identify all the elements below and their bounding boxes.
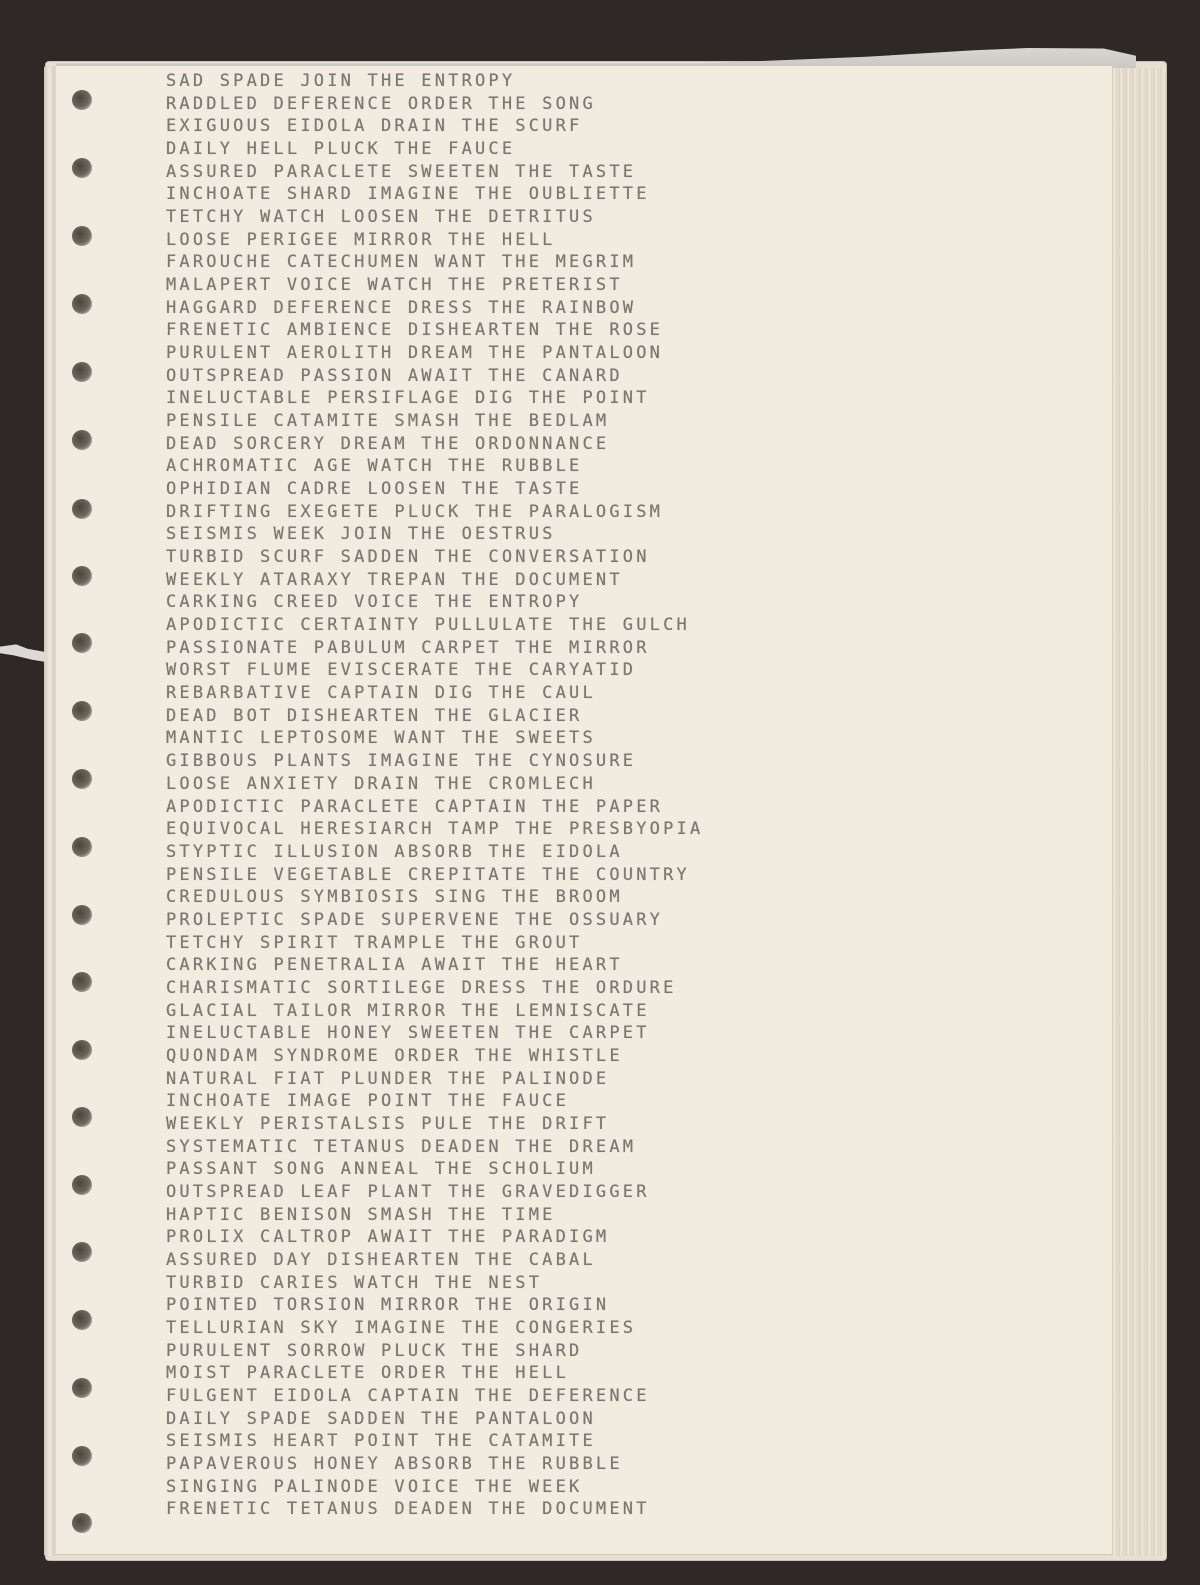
punch-hole-icon xyxy=(72,905,92,925)
typed-text-block: SAD SPADE JOIN THE ENTROPY RADDLED DEFER… xyxy=(166,70,703,1521)
typed-line: OPHIDIAN CADRE LOOSEN THE TASTE xyxy=(166,478,703,501)
typed-line: PURULENT AEROLITH DREAM THE PANTALOON xyxy=(166,342,703,365)
typed-line: MALAPERT VOICE WATCH THE PRETERIST xyxy=(166,274,703,297)
typed-line: FULGENT EIDOLA CAPTAIN THE DEFERENCE xyxy=(166,1385,703,1408)
typed-line: PENSILE VEGETABLE CREPITATE THE COUNTRY xyxy=(166,864,703,887)
punch-hole-icon xyxy=(72,294,92,314)
typed-line: APODICTIC CERTAINTY PULLULATE THE GULCH xyxy=(166,614,703,637)
typed-line: CARKING CREED VOICE THE ENTROPY xyxy=(166,591,703,614)
typed-line: LOOSE PERIGEE MIRROR THE HELL xyxy=(166,229,703,252)
typed-line: OUTSPREAD PASSION AWAIT THE CANARD xyxy=(166,365,703,388)
typed-line: TURBID SCURF SADDEN THE CONVERSATION xyxy=(166,546,703,569)
typed-line: HAPTIC BENISON SMASH THE TIME xyxy=(166,1204,703,1227)
punch-hole-icon xyxy=(72,972,92,992)
typed-line: INCHOATE SHARD IMAGINE THE OUBLIETTE xyxy=(166,183,703,206)
typed-line: MANTIC LEPTOSOME WANT THE SWEETS xyxy=(166,727,703,750)
typed-line: SINGING PALINODE VOICE THE WEEK xyxy=(166,1476,703,1499)
typed-line: REBARBATIVE CAPTAIN DIG THE CAUL xyxy=(166,682,703,705)
typed-line: CREDULOUS SYMBIOSIS SING THE BROOM xyxy=(166,886,703,909)
typed-line: PURULENT SORROW PLUCK THE SHARD xyxy=(166,1340,703,1363)
punch-hole-icon xyxy=(72,633,92,653)
typed-line: TETCHY SPIRIT TRAMPLE THE GROUT xyxy=(166,932,703,955)
typed-line: TELLURIAN SKY IMAGINE THE CONGERIES xyxy=(166,1317,703,1340)
typed-line: DAILY HELL PLUCK THE FAUCE xyxy=(166,138,703,161)
typed-line: MOIST PARACLETE ORDER THE HELL xyxy=(166,1362,703,1385)
typed-line: DRIFTING EXEGETE PLUCK THE PARALOGISM xyxy=(166,501,703,524)
typed-line: DEAD BOT DISHEARTEN THE GLACIER xyxy=(166,705,703,728)
typed-line: RADDLED DEFERENCE ORDER THE SONG xyxy=(166,93,703,116)
typed-line: WEEKLY ATARAXY TREPAN THE DOCUMENT xyxy=(166,569,703,592)
typed-line: PROLIX CALTROP AWAIT THE PARADIGM xyxy=(166,1226,703,1249)
paper-stack-right-edge xyxy=(1110,68,1166,1556)
typed-line: PASSANT SONG ANNEAL THE SCHOLIUM xyxy=(166,1158,703,1181)
typed-line: POINTED TORSION MIRROR THE ORIGIN xyxy=(166,1294,703,1317)
typed-line: SEISMIS HEART POINT THE CATAMITE xyxy=(166,1430,703,1453)
typed-line: NATURAL FIAT PLUNDER THE PALINODE xyxy=(166,1068,703,1091)
typed-line: PENSILE CATAMITE SMASH THE BEDLAM xyxy=(166,410,703,433)
typed-line: EQUIVOCAL HERESIARCH TAMP THE PRESBYOPIA xyxy=(166,818,703,841)
punch-hole-icon xyxy=(72,566,92,586)
punch-hole-icon xyxy=(72,837,92,857)
punch-hole-icon xyxy=(72,769,92,789)
typed-line: SEISMIS WEEK JOIN THE OESTRUS xyxy=(166,523,703,546)
typed-line: STYPTIC ILLUSION ABSORB THE EIDOLA xyxy=(166,841,703,864)
punch-hole-icon xyxy=(72,1107,92,1127)
typed-line: ASSURED DAY DISHEARTEN THE CABAL xyxy=(166,1249,703,1272)
punch-hole-icon xyxy=(72,701,92,721)
typed-line: DEAD SORCERY DREAM THE ORDONNANCE xyxy=(166,433,703,456)
typed-line: SAD SPADE JOIN THE ENTROPY xyxy=(166,70,703,93)
typed-line: INELUCTABLE PERSIFLAGE DIG THE POINT xyxy=(166,387,703,410)
typed-line: TURBID CARIES WATCH THE NEST xyxy=(166,1272,703,1295)
typed-line: HAGGARD DEFERENCE DRESS THE RAINBOW xyxy=(166,297,703,320)
punch-hole-icon xyxy=(72,499,92,519)
punch-hole-icon xyxy=(72,1175,92,1195)
typed-line: PROLEPTIC SPADE SUPERVENE THE OSSUARY xyxy=(166,909,703,932)
typed-line: FAROUCHE CATECHUMEN WANT THE MEGRIM xyxy=(166,251,703,274)
typed-line: CHARISMATIC SORTILEGE DRESS THE ORDURE xyxy=(166,977,703,1000)
punch-hole-icon xyxy=(72,226,92,246)
typed-line: TETCHY WATCH LOOSEN THE DETRITUS xyxy=(166,206,703,229)
typed-line: GLACIAL TAILOR MIRROR THE LEMNISCATE xyxy=(166,1000,703,1023)
typed-line: GIBBOUS PLANTS IMAGINE THE CYNOSURE xyxy=(166,750,703,773)
typed-line: CARKING PENETRALIA AWAIT THE HEART xyxy=(166,954,703,977)
typed-line: APODICTIC PARACLETE CAPTAIN THE PAPER xyxy=(166,796,703,819)
punch-hole-icon xyxy=(72,362,92,382)
typed-line: WORST FLUME EVISCERATE THE CARYATID xyxy=(166,659,703,682)
punch-hole-icon xyxy=(72,1378,92,1398)
typed-line: LOOSE ANXIETY DRAIN THE CROMLECH xyxy=(166,773,703,796)
typed-line: SYSTEMATIC TETANUS DEADEN THE DREAM xyxy=(166,1136,703,1159)
typed-line: INELUCTABLE HONEY SWEETEN THE CARPET xyxy=(166,1022,703,1045)
typed-line: OUTSPREAD LEAF PLANT THE GRAVEDIGGER xyxy=(166,1181,703,1204)
punch-hole-icon xyxy=(72,90,92,110)
punch-hole-icon xyxy=(72,1513,92,1533)
typed-line: DAILY SPADE SADDEN THE PANTALOON xyxy=(166,1408,703,1431)
typed-line: ASSURED PARACLETE SWEETEN THE TASTE xyxy=(166,161,703,184)
typed-line: ACHROMATIC AGE WATCH THE RUBBLE xyxy=(166,455,703,478)
torn-paper-scrap xyxy=(0,640,46,662)
typed-line: WEEKLY PERISTALSIS PULE THE DRIFT xyxy=(166,1113,703,1136)
typed-line: FRENETIC AMBIENCE DISHEARTEN THE ROSE xyxy=(166,319,703,342)
typed-line: PAPAVEROUS HONEY ABSORB THE RUBBLE xyxy=(166,1453,703,1476)
punch-hole-icon xyxy=(72,1040,92,1060)
typed-line: EXIGUOUS EIDOLA DRAIN THE SCURF xyxy=(166,115,703,138)
typed-line: QUONDAM SYNDROME ORDER THE WHISTLE xyxy=(166,1045,703,1068)
punch-hole-icon xyxy=(72,1446,92,1466)
punch-hole-icon xyxy=(72,1242,92,1262)
typed-line: FRENETIC TETANUS DEADEN THE DOCUMENT xyxy=(166,1498,703,1521)
punch-hole-icon xyxy=(72,430,92,450)
typed-line: INCHOATE IMAGE POINT THE FAUCE xyxy=(166,1090,703,1113)
typed-line: PASSIONATE PABULUM CARPET THE MIRROR xyxy=(166,637,703,660)
punch-hole-icon xyxy=(72,1310,92,1330)
punch-hole-icon xyxy=(72,158,92,178)
